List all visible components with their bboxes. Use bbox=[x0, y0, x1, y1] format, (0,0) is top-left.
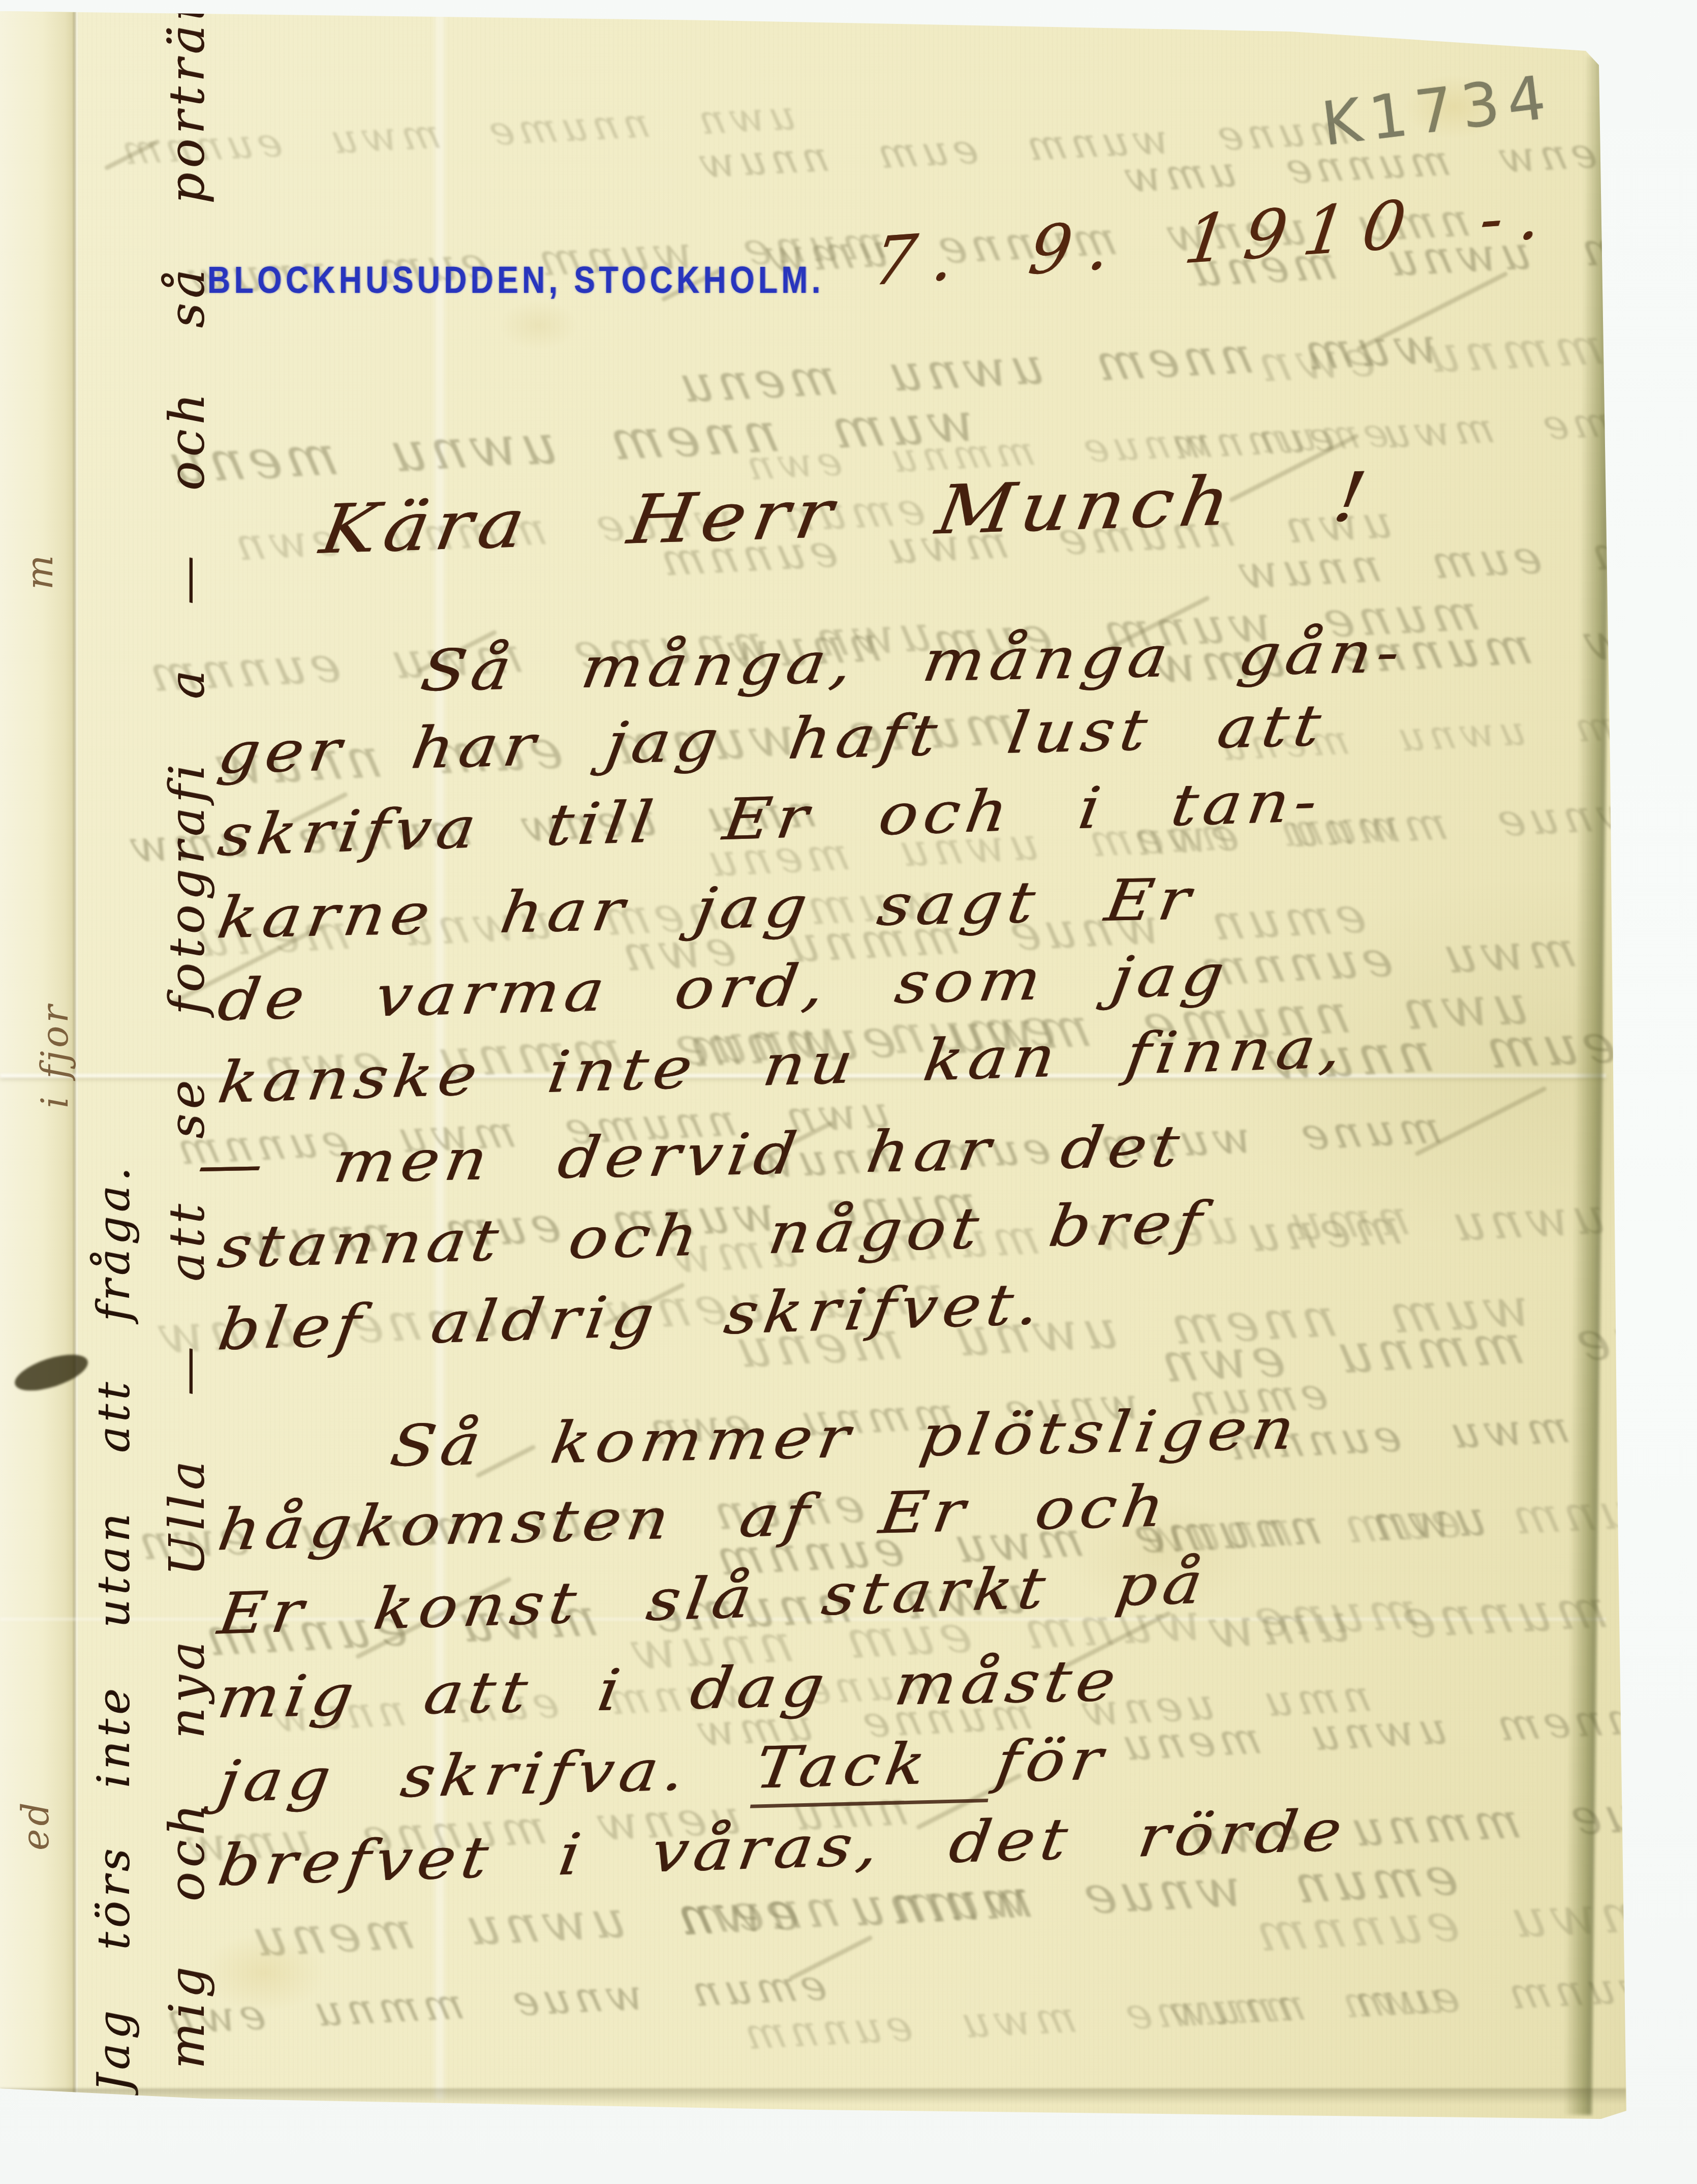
bleedthrough-scribble: nmu uenw munne umw bbox=[756, 194, 1475, 284]
bleedthrough-scribble: uwn nnume mwu eunnm bbox=[1162, 386, 1697, 469]
letter-line-text: karne har jag sagt Er bbox=[213, 866, 1200, 951]
bleedthrough-stroke bbox=[1356, 271, 1508, 352]
bleedthrough-scribble: uwn nnume mwu eunnm bbox=[706, 1491, 1492, 1587]
letter-line: brefvet i våras, det rörde bbox=[214, 1797, 1351, 1899]
underlined-word: Tack bbox=[750, 1729, 999, 1808]
bleedthrough-scribble: uwn nnume mwu eunnm bbox=[1245, 1859, 1697, 1964]
bleedthrough-scribble: emun wnue mmnu ewn bbox=[157, 1960, 831, 2044]
horizontal-fold-crease bbox=[0, 1074, 1606, 1078]
bleedthrough-scribble: emun wnue mmnu ewn bbox=[1247, 295, 1697, 394]
bleedthrough-scribble: mune wunm eum nnuw bbox=[178, 216, 891, 305]
letter-line: — men dervid har det bbox=[193, 1113, 1189, 1199]
bleedthrough-scribble: emun wnue mmnu ewn bbox=[1150, 1290, 1697, 1394]
paper-pale-band bbox=[435, 0, 444, 2100]
bleedthrough-scribble: mune wunm eum nnuw bbox=[1228, 510, 1697, 600]
bleedthrough-scribble: mune wunm eum nnuw bbox=[233, 1176, 983, 1270]
bleedthrough-scribble: wum nnem uwnu menu bbox=[698, 799, 1405, 888]
bleedthrough-scribble: wum nnem uwnu menu bbox=[669, 317, 1444, 414]
paper-bottom-shadow bbox=[0, 2088, 1626, 2104]
ink-smudge bbox=[11, 1347, 92, 1398]
bleedthrough-stroke bbox=[104, 139, 160, 170]
bleedthrough-scribble: wum nnem uwnu menu bbox=[186, 873, 942, 968]
bleedthrough-scribble: nmu uenw munne umw bbox=[1115, 120, 1697, 202]
letter-line: de varma ord, som jag bbox=[213, 942, 1233, 1034]
letter-line-text: stannat och något bref bbox=[213, 1190, 1211, 1281]
bleedthrough-scribble: uwn nnume mwu eunnm bbox=[1189, 899, 1697, 998]
bleedthrough-scribble: mune wunm eum nnuw bbox=[745, 1102, 1446, 1189]
letter-line: hågkomsten af Er och bbox=[213, 1473, 1174, 1564]
letter-line: karne har jag sagt Er bbox=[213, 866, 1200, 951]
bleedthrough-stroke bbox=[1228, 433, 1359, 503]
bleedthrough-scribble: nmu uenw munne umw bbox=[147, 1263, 952, 1366]
archive-mark-pencil: K1734 bbox=[1318, 62, 1557, 160]
bleedthrough-scribble: nmu uenw munne umw bbox=[1197, 1558, 1697, 1661]
bleedthrough-scribble: emun wnue mmnu ewn bbox=[611, 887, 1371, 983]
bleedthrough-scribble: mune wunm eum nnuw bbox=[205, 693, 1023, 798]
bleedthrough-stroke bbox=[916, 1773, 1023, 1830]
letter-line: blef aldrig skrifvet. bbox=[214, 1271, 1049, 1363]
bleedthrough-scribble: emun wnue mmnu ewn bbox=[667, 1846, 1463, 1948]
bleedthrough-scribble: mune wunm eum nnuw bbox=[1160, 1952, 1697, 2038]
letter-line-text: blef aldrig skrifvet. bbox=[214, 1271, 1049, 1363]
letter-line-text: Så kommer plötsligen bbox=[386, 1396, 1305, 1480]
letter-line-text: ger har jag haft lust att bbox=[213, 692, 1330, 787]
bleedthrough-scribble: emun wnue mmnu ewn bbox=[252, 996, 1061, 1100]
letter-line: mig att i dag måste bbox=[213, 1648, 1126, 1731]
letter-line-text: de varma ord, som jag bbox=[213, 942, 1233, 1034]
bleedthrough-scribble: wum nnem uwnu menu bbox=[1210, 689, 1697, 770]
salutation: Kära Herr Munch ! bbox=[315, 458, 1378, 569]
bleedthrough-scribble: uwn nnume mwu eunnm bbox=[194, 1565, 1032, 1669]
bleedthrough-stroke bbox=[290, 792, 348, 825]
bleedthrough-scribble: mune wunm eum nnuw bbox=[1131, 1470, 1697, 1565]
bleedthrough-scribble: uwn nnume mwu eunnm bbox=[168, 1087, 895, 1175]
bleedthrough-stroke bbox=[661, 267, 724, 302]
bleedthrough-scribble: wum nnem uwnu menu bbox=[158, 391, 981, 496]
letter-line-text: mig att i dag måste bbox=[213, 1648, 1126, 1731]
letterhead-stamp: BLOCKHUSUDDEN, STOCKHOLM. bbox=[207, 258, 824, 301]
marginalia-inner-column: mig och nya Ulla — att se fotografi a — … bbox=[159, 137, 215, 2069]
bleedthrough-scribble: emun wnue mmnu ewn bbox=[129, 1478, 870, 1571]
bleedthrough-scribble: mune wunm eum nnuw bbox=[262, 1658, 945, 1742]
fold-strip-fragment: i fjor bbox=[34, 1002, 76, 1108]
letter-line-text: skrifva till Er och i tan- bbox=[214, 768, 1326, 869]
letter-line-text: — men dervid har det bbox=[193, 1113, 1189, 1199]
fold-strip-fragment: ed bbox=[14, 1799, 57, 1851]
letter-line-text: Er konst slå starkt på bbox=[214, 1550, 1212, 1648]
left-fold-strip bbox=[0, 0, 76, 2100]
letter-line: Så kommer plötsligen bbox=[386, 1396, 1305, 1480]
horizontal-fold-crease-2 bbox=[0, 1618, 1606, 1621]
letter-line: jag skrifva. Tack för bbox=[213, 1726, 1112, 1815]
bleedthrough-scribble: uwn nnume mwu eunnm bbox=[112, 92, 800, 174]
letter-line-text: jag skrifva. bbox=[213, 1735, 761, 1815]
bleedthrough-scribble: nmu uenw munne umw bbox=[1142, 597, 1697, 695]
bleedthrough-scribble: uwn nnume mwu eunnm bbox=[139, 605, 937, 703]
letter-line: skrifva till Er och i tan- bbox=[214, 768, 1326, 869]
bleedthrough-scribble: uwn nnume mwu eunnm bbox=[1218, 1381, 1697, 1470]
vertical-fold-crease bbox=[73, 0, 78, 2100]
letter-line: Er konst slå starkt på bbox=[214, 1550, 1212, 1648]
bleedthrough-stroke bbox=[169, 924, 324, 1006]
letter-line-text: hågkomsten af Er och bbox=[213, 1473, 1174, 1564]
bleedthrough-scribble: uwn nnume mwu eunnm bbox=[677, 973, 1534, 1079]
bleedthrough-stroke bbox=[1414, 1086, 1548, 1157]
bleedthrough-scribble: wum nnem uwnu menu bbox=[725, 1277, 1536, 1380]
bleedthrough-scribble: uwn nnume mwu eunnm bbox=[651, 496, 1397, 587]
bleedthrough-stroke bbox=[788, 1935, 873, 1981]
letter-line-text: Så många, många gån- bbox=[417, 619, 1410, 705]
bleedthrough-scribble: nmu uenw munne umw bbox=[688, 1672, 1376, 1757]
bleedthrough-stroke bbox=[417, 629, 497, 674]
letter-paper-sheet: uwn nnume mwu eunnmmune wunm eum nnuwnmu… bbox=[0, 0, 1697, 2184]
bleedthrough-stroke bbox=[475, 1444, 536, 1478]
bleedthrough-scribble: mune wunm eum nnuw bbox=[620, 1580, 1425, 1682]
bleedthrough-stroke bbox=[730, 1120, 834, 1176]
letter-line: stannat och något bref bbox=[213, 1190, 1211, 1281]
bleedthrough-stroke bbox=[1043, 1611, 1171, 1679]
date-handwritten: 7. 9. 1910 -. bbox=[868, 175, 1563, 301]
bleedthrough-scribble: mune wunm eum nnuw bbox=[1255, 988, 1697, 1093]
letter-line-text: för bbox=[925, 1726, 1113, 1797]
bleedthrough-scribble: mune wunm eum nnuw bbox=[690, 106, 1353, 188]
bleedthrough-scribble: mune wunm eum nnuw bbox=[717, 584, 1485, 681]
bleedthrough-scribble: nmu uenw munne umw bbox=[176, 1781, 913, 1873]
bleedthrough-stroke bbox=[1101, 595, 1210, 654]
bleedthrough-scribble: wum nnem uwnu menu bbox=[1113, 1685, 1697, 1771]
bleedthrough-scribble: wum nnem uwnu menu bbox=[1237, 1167, 1697, 1263]
letter-line: Så många, många gån- bbox=[417, 619, 1410, 705]
letter-line: ger har jag haft lust att bbox=[213, 692, 1330, 787]
letter-line-text: brefvet i våras, det rörde bbox=[214, 1797, 1351, 1899]
bleedthrough-stroke bbox=[603, 1282, 686, 1327]
bleedthrough-scribble: emun wnue mmnu ewn bbox=[1123, 777, 1697, 866]
bleedthrough-scribble: emun wnue mmnu ewn bbox=[225, 483, 930, 571]
bleedthrough-scribble: uwn nnume mwu eunnm bbox=[735, 1973, 1449, 2059]
bleedthrough-scribble: wum nnem uwnu menu bbox=[241, 1868, 1034, 1969]
paper-edge-shadow bbox=[1563, 56, 1613, 2115]
marginalia-outer-column: Jag törs inte utan att fråga. bbox=[87, 109, 140, 2092]
bleedthrough-scribble: emun wnue mmnu ewn bbox=[737, 409, 1393, 490]
fold-strip-fragment: m bbox=[18, 552, 61, 590]
bleedthrough-scribble: nmu uenw munne umw bbox=[659, 1189, 1415, 1284]
bleedthrough-scribble: nmu uenw munne umw bbox=[120, 785, 821, 873]
bleedthrough-scribble: wum nnem uwnu menu bbox=[1181, 207, 1697, 297]
scanned-letter-page: uwn nnume mwu eunnmmune wunm eum nnuwnmu… bbox=[0, 0, 1697, 2184]
bleedthrough-scribble: emun wnue mmnu ewn bbox=[1179, 1773, 1697, 1867]
letter-line-text: kanske inte nu kan finna, bbox=[214, 1014, 1351, 1116]
bleedthrough-scribble: emun wnue mmnu ewn bbox=[640, 1369, 1332, 1454]
letter-line: kanske inte nu kan finna, bbox=[214, 1014, 1351, 1116]
bleedthrough-stroke bbox=[355, 1576, 512, 1659]
